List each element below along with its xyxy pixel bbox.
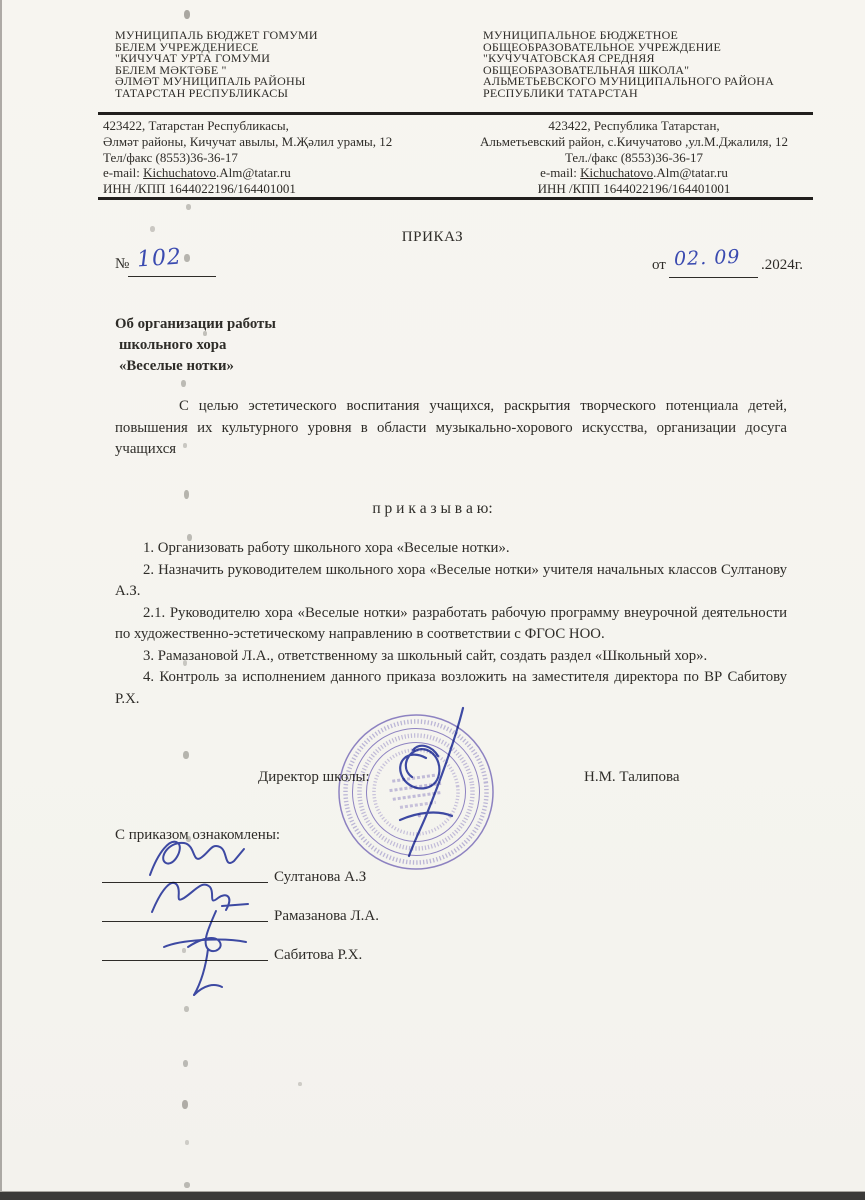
org-name-tatar: МУНИЦИПАЛЬ БЮДЖЕТ ГОМУМИБЕЛЕМ УЧРЕЖДЕНИЕ… bbox=[115, 30, 460, 99]
scan-artifact bbox=[184, 1182, 190, 1188]
scan-artifact bbox=[150, 226, 155, 232]
handwritten-signature bbox=[144, 909, 284, 1004]
text-line: «Веселые нотки» bbox=[115, 356, 276, 377]
text-line: e-mail: Kichuchatovo.Alm@tatar.ru bbox=[455, 165, 813, 181]
divider-line-top bbox=[98, 112, 813, 115]
order-date-suffix: .2024г. bbox=[761, 257, 803, 274]
org-name-russian: МУНИЦИПАЛЬНОЕ БЮДЖЕТНОЕОБЩЕОБРАЗОВАТЕЛЬН… bbox=[483, 30, 815, 99]
order-items: 1. Организовать работу школьного хора «В… bbox=[115, 538, 787, 710]
scan-artifact bbox=[182, 948, 186, 953]
scan-artifact bbox=[298, 1082, 302, 1086]
scan-artifact bbox=[183, 443, 187, 448]
order-number-label: № bbox=[115, 256, 129, 273]
scan-artifact bbox=[184, 490, 189, 499]
text-line: Об организации работы bbox=[115, 314, 276, 335]
scan-artifact bbox=[183, 660, 187, 666]
text-line: Альметьевский район, с.Кичучатово ,ул.М.… bbox=[455, 134, 813, 150]
scan-artifact bbox=[186, 836, 191, 842]
scan-artifact bbox=[203, 331, 207, 336]
email-underlined-part: Kichuchatovo bbox=[143, 165, 216, 180]
text-line: ТАТАРСТАН РЕСПУБЛИКАСЫ bbox=[115, 88, 460, 100]
text-line: e-mail: Kichuchatovo.Alm@tatar.ru bbox=[103, 165, 455, 181]
text-line: ИНН /КПП 1644022196/164401001 bbox=[455, 181, 813, 197]
scan-artifact bbox=[184, 10, 190, 19]
text-line: Әлмәт районы, Кичучат авылы, М.Җәлил ура… bbox=[103, 134, 455, 150]
scan-artifact bbox=[186, 204, 191, 210]
order-item: 1. Организовать работу школьного хора «В… bbox=[115, 538, 787, 560]
scanned-order-document: МУНИЦИПАЛЬ БЮДЖЕТ ГОМУМИБЕЛЕМ УЧРЕЖДЕНИЕ… bbox=[0, 0, 865, 1200]
scan-artifact bbox=[184, 254, 190, 262]
order-subject: Об организации работышкольного хора«Весе… bbox=[115, 314, 276, 377]
scan-edge-bottom bbox=[0, 1192, 865, 1200]
divider-line-bottom bbox=[98, 197, 813, 200]
scan-artifact bbox=[182, 1100, 188, 1109]
order-date-prefix: от bbox=[652, 257, 666, 274]
scan-edge-left bbox=[0, 0, 2, 1200]
text-line: школьного хора bbox=[115, 335, 276, 356]
order-item: 3. Рамазановой Л.А., ответственному за ш… bbox=[115, 646, 787, 668]
contact-block: 423422, Татарстан Республикасы,Әлмәт рай… bbox=[103, 118, 815, 197]
text-line: РЕСПУБЛИКИ ТАТАРСТАН bbox=[483, 88, 815, 100]
director-name: Н.М. Талипова bbox=[584, 769, 680, 786]
text-line: Тел/факс (8553)36-36-17 bbox=[103, 150, 455, 166]
scan-artifact bbox=[183, 1060, 188, 1067]
order-preamble: С целью эстетического воспитания учащихс… bbox=[115, 396, 787, 461]
order-date-line bbox=[669, 277, 758, 278]
address-tatar: 423422, Татарстан Республикасы,Әлмәт рай… bbox=[103, 118, 455, 197]
order-number-handwritten: 102 bbox=[136, 244, 183, 272]
text-line: Тел./факс (8553)36-36-17 bbox=[455, 150, 813, 166]
text-line: 423422, Татарстан Республикасы, bbox=[103, 118, 455, 134]
scan-artifact bbox=[185, 1140, 189, 1145]
decree-word: п р и к а з ы в а ю: bbox=[0, 500, 865, 518]
text-line: ИНН /КПП 1644022196/164401001 bbox=[103, 181, 455, 197]
address-russian: 423422, Республика Татарстан,Альметьевск… bbox=[455, 118, 813, 197]
acknowledger-name: Сабитова Р.Х. bbox=[274, 947, 362, 964]
letterhead: МУНИЦИПАЛЬ БЮДЖЕТ ГОМУМИБЕЛЕМ УЧРЕЖДЕНИЕ… bbox=[115, 30, 815, 99]
order-item: 2.1. Руководителю хора «Веселые нотки» р… bbox=[115, 603, 787, 646]
document-title: ПРИКАЗ bbox=[0, 229, 865, 246]
email-underlined-part: Kichuchatovo bbox=[580, 165, 653, 180]
order-item: 2. Назначить руководителем школьного хор… bbox=[115, 560, 787, 603]
order-date-handwritten: 02. 09 bbox=[674, 246, 741, 270]
acknowledgement-row: Сабитова Р.Х. bbox=[102, 923, 522, 961]
text-line: 423422, Республика Татарстан, bbox=[455, 118, 813, 134]
scan-artifact bbox=[187, 534, 192, 541]
scan-artifact bbox=[184, 1006, 189, 1012]
scan-artifact bbox=[181, 380, 186, 387]
order-number-line bbox=[128, 276, 216, 277]
scan-artifact bbox=[183, 751, 189, 759]
